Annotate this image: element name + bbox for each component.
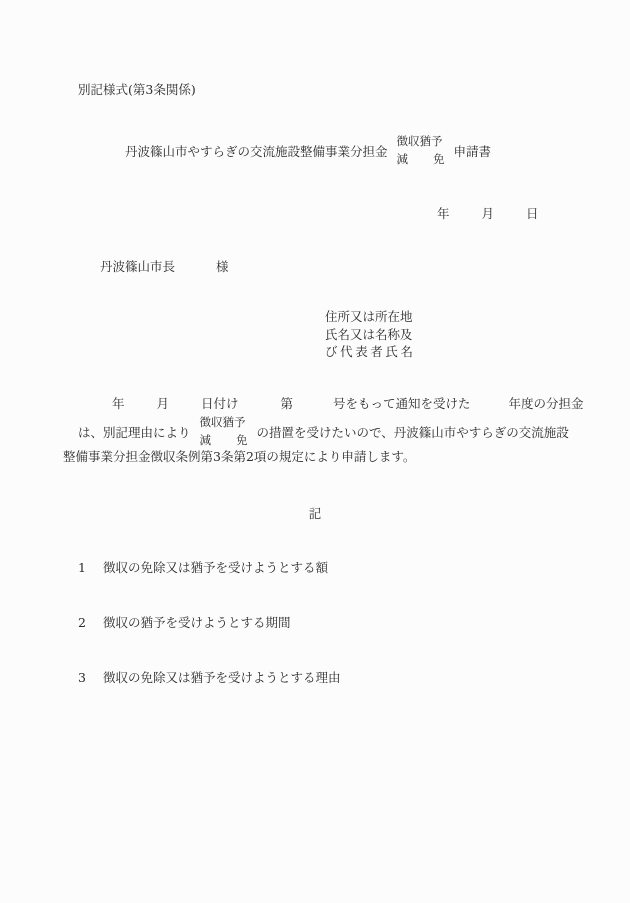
date-year-label: 年 xyxy=(437,206,450,221)
applicant-name-label-line2: び代表者氏名 xyxy=(325,343,416,361)
body-choice-deferral: 徴収猶予 xyxy=(200,414,248,432)
document-title: 丹波篠山市やすらぎの交流施設整備事業分担金 徴収猶予 減 免 申請書 xyxy=(125,133,491,169)
list-item-reason: 3 徴収の免除又は猶予を受けようとする理由 xyxy=(78,668,340,686)
form-reference-label: 別記様式(第3条関係) xyxy=(78,80,196,98)
applicant-label-block: 住所又は所在地 氏名又は名称及 び代表者氏名 xyxy=(325,308,416,361)
body-day-suffix: 日付け xyxy=(201,396,239,411)
title-main-text: 丹波篠山市やすらぎの交流施設整備事業分担金 xyxy=(125,142,388,160)
title-suffix-text: 申請書 xyxy=(454,142,492,160)
item-text: 徴収の免除又は猶予を受けようとする額 xyxy=(103,560,328,575)
body-line2-prefix: は、別記理由により xyxy=(78,423,191,441)
date-line: 年 月 日 xyxy=(437,204,539,222)
title-choice-deferral: 徴収猶予 xyxy=(397,133,445,151)
date-month-label: 月 xyxy=(482,206,495,221)
applicant-name-label-line1: 氏名又は名称及 xyxy=(325,326,416,344)
applicant-address-label: 住所又は所在地 xyxy=(325,308,416,326)
title-choice-reduction-char: 減 xyxy=(397,151,409,169)
body-choice-stack: 徴収猶予 減 免 xyxy=(200,414,248,450)
body-number-prefix: 第 xyxy=(281,396,294,411)
item-number: 3 xyxy=(78,670,86,685)
date-day-label: 日 xyxy=(526,206,539,221)
item-text: 徴収の免除又は猶予を受けようとする理由 xyxy=(103,670,341,685)
body-line2-suffix: の措置を受けたいので、丹波篠山市やすらぎの交流施設 xyxy=(257,423,569,441)
title-choice-exemption-char: 免 xyxy=(433,151,445,169)
item-number: 1 xyxy=(78,560,86,575)
addressee-line: 丹波篠山市長 様 xyxy=(100,257,229,275)
section-heading-ki: 記 xyxy=(0,504,630,522)
application-form-page: 別記様式(第3条関係) 丹波篠山市やすらぎの交流施設整備事業分担金 徴収猶予 減… xyxy=(0,0,630,903)
list-item-period: 2 徴収の猶予を受けようとする期間 xyxy=(78,613,290,631)
body-fiscal-year-suffix: 年度の分担金 xyxy=(509,396,584,411)
body-paragraph-line2: は、別記理由により 徴収猶予 減 免 の措置を受けたいので、丹波篠山市やすらぎの… xyxy=(63,414,569,450)
addressee-name: 丹波篠山市長 xyxy=(100,259,175,274)
body-number-suffix: 号をもって通知を受けた xyxy=(333,396,471,411)
body-paragraph-line1: 年 月 日付け 第 号をもって通知を受けた 年度の分担金 xyxy=(63,394,584,412)
item-text: 徴収の猶予を受けようとする期間 xyxy=(103,615,291,630)
list-item-amount: 1 徴収の免除又は猶予を受けようとする額 xyxy=(78,558,328,576)
item-number: 2 xyxy=(78,615,86,630)
body-paragraph-line3: 整備事業分担金徴収条例第3条第2項の規定により申請します。 xyxy=(63,447,415,465)
addressee-honorific: 様 xyxy=(216,259,229,274)
body-month-label: 月 xyxy=(157,396,170,411)
body-year-label: 年 xyxy=(112,396,125,411)
title-choice-exemption: 減 免 xyxy=(397,151,445,169)
title-choice-stack: 徴収猶予 減 免 xyxy=(397,133,445,169)
